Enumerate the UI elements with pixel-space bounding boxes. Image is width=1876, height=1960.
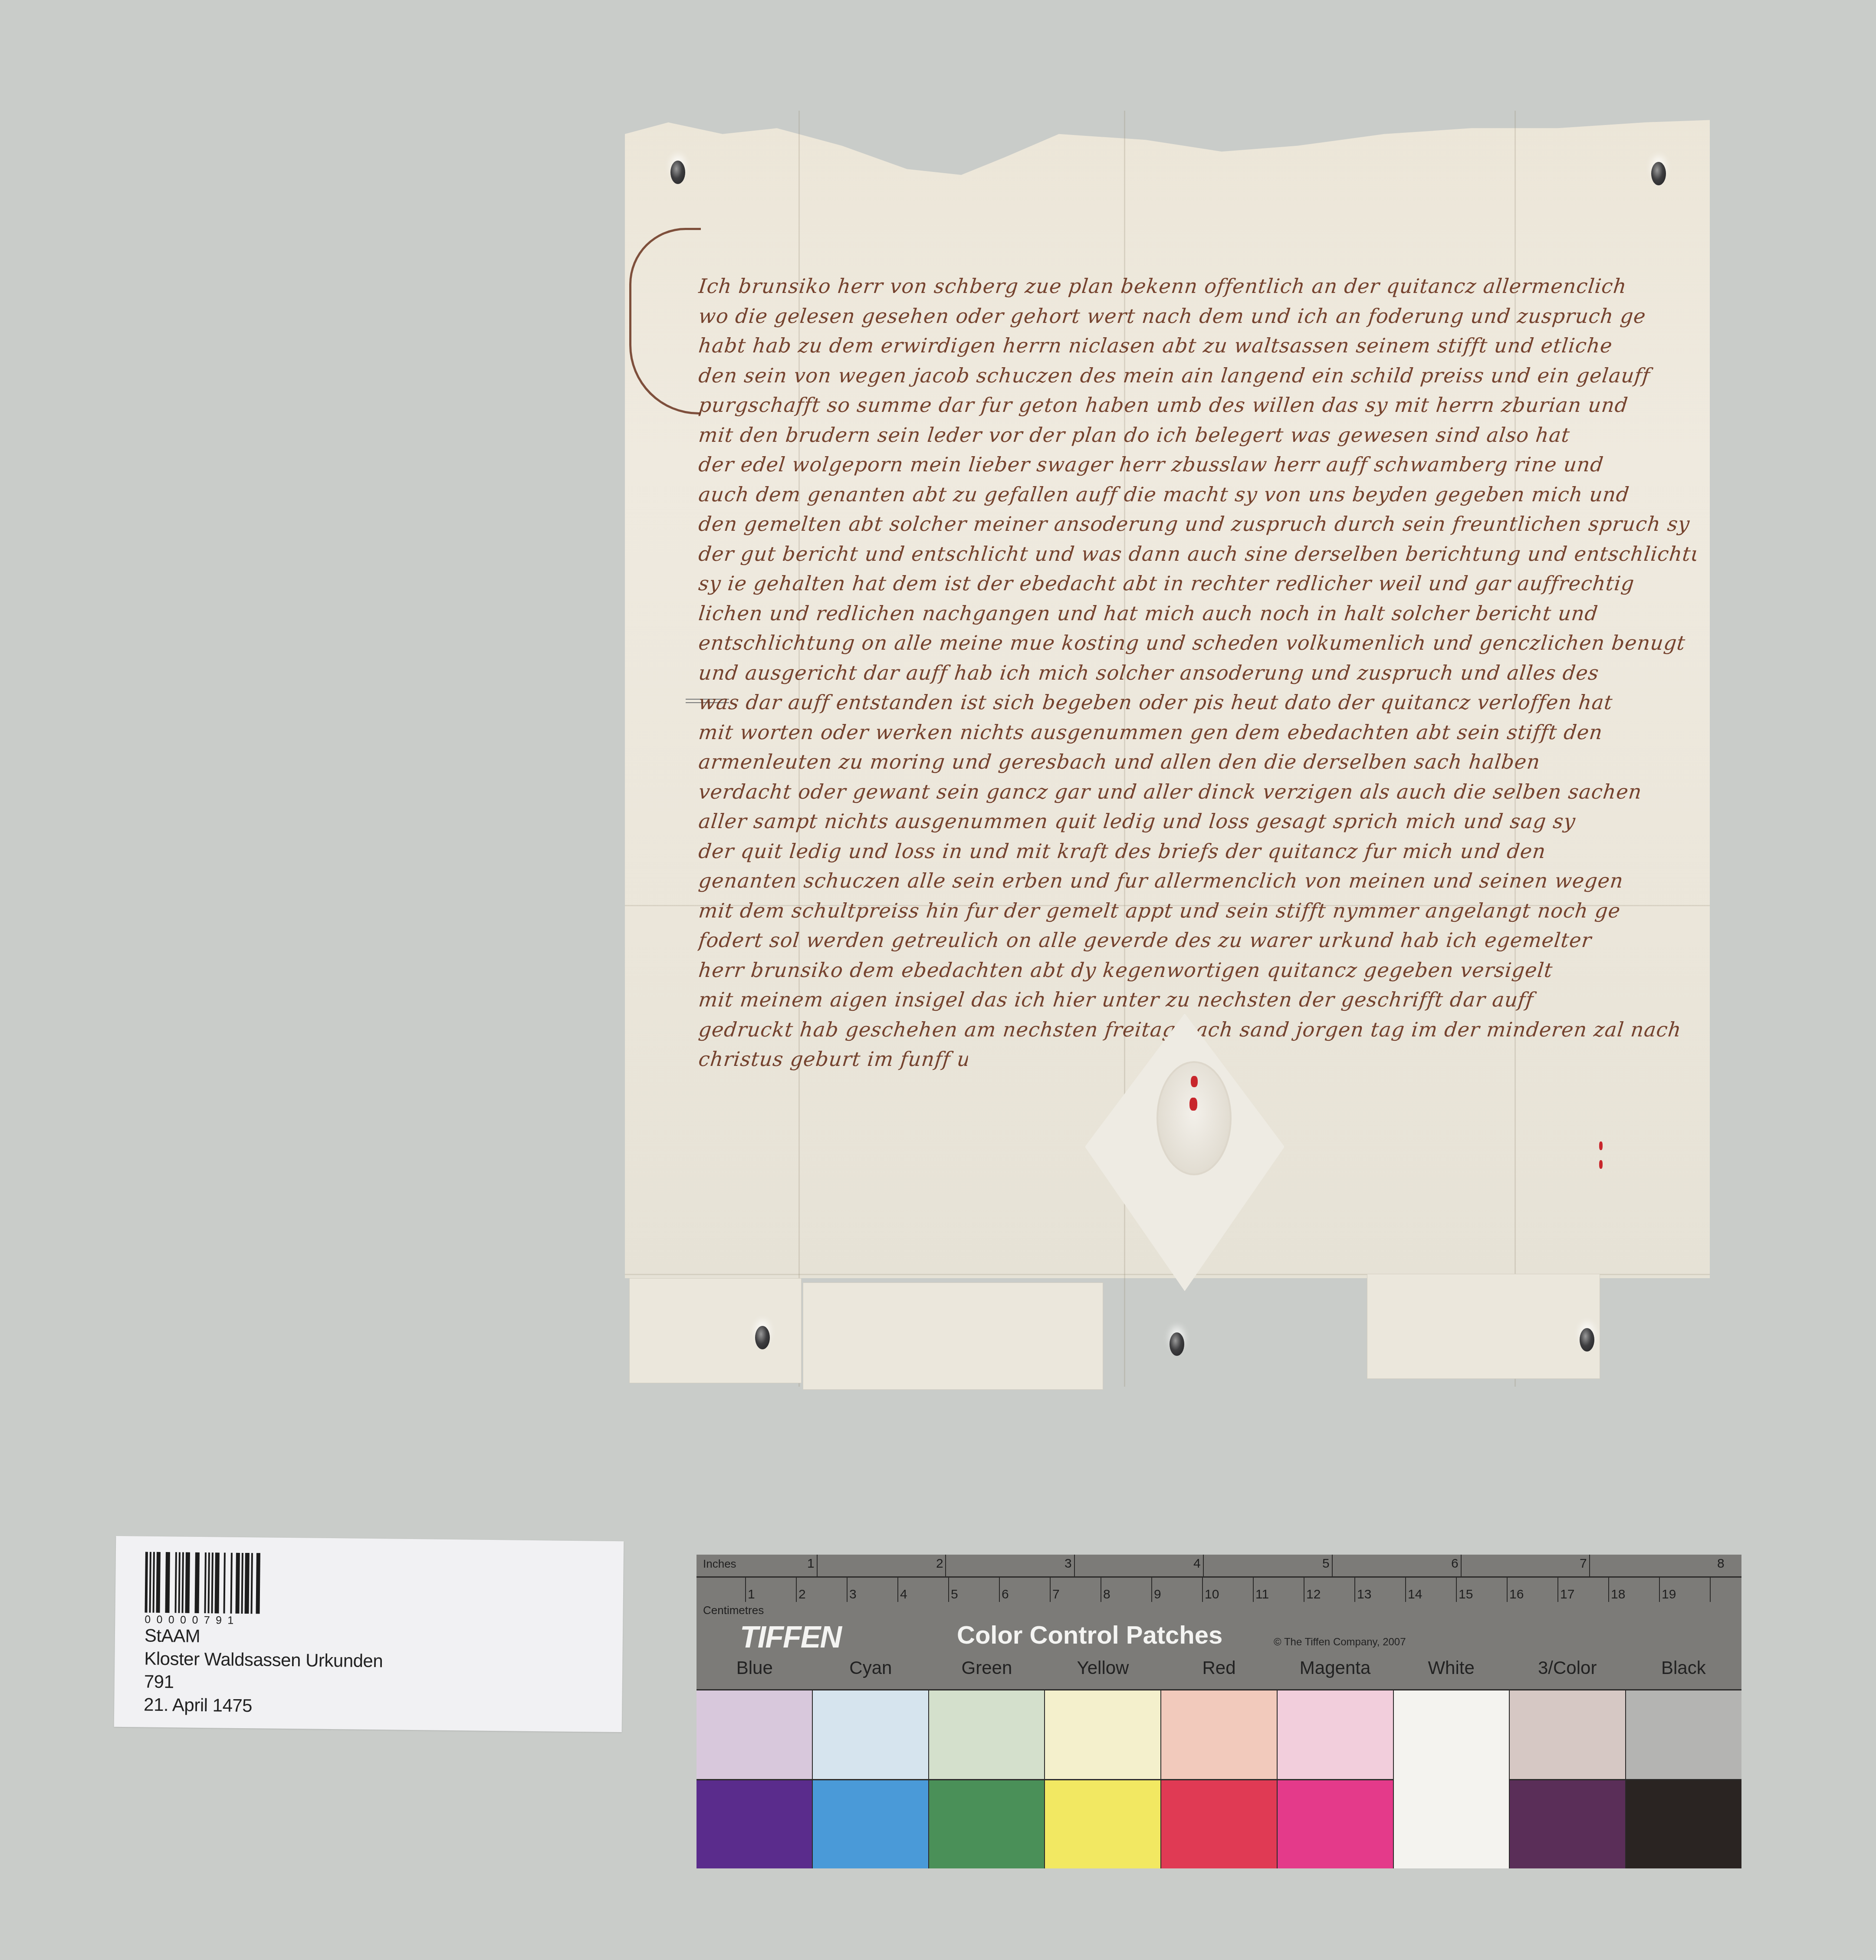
patch-label: Magenta — [1277, 1657, 1393, 1679]
text-line: mit den brudern sein leder vor der plan … — [697, 420, 1698, 450]
cm-tick-label: 6 — [1002, 1587, 1009, 1602]
barcode-digit: 0 — [168, 1614, 174, 1626]
text-line: lichen und redlichen nachgangen und hat … — [697, 599, 1698, 628]
text-line: mit meinem aigen insigel das ich hier un… — [697, 985, 1698, 1015]
wax-seal-icon — [1156, 1061, 1232, 1175]
inch-tick-label: 4 — [1193, 1556, 1201, 1571]
cm-tick-label: 8 — [1103, 1587, 1110, 1602]
inch-tick-label: 1 — [807, 1556, 815, 1571]
text-line: purgschafft so summe dar fur geton haben… — [697, 390, 1698, 420]
color-control-card: Inches 1 2 3 4 5 6 7 8 1 2 3 4 5 6 7 8 9… — [697, 1555, 1741, 1867]
inch-ruler: Inches 1 2 3 4 5 6 7 8 — [697, 1555, 1741, 1578]
cm-tick-label: 1 — [748, 1587, 755, 1602]
cm-tick-label: 11 — [1255, 1587, 1269, 1602]
patch-labels: Blue Cyan Green Yellow Red Magenta White… — [697, 1657, 1741, 1679]
bottom-flap-center — [803, 1283, 1103, 1390]
text-line: der quit ledig und loss in und mit kraft… — [697, 836, 1698, 866]
patch-label: Red — [1161, 1657, 1277, 1679]
patch-label: Green — [929, 1657, 1045, 1679]
bottom-flap-right — [1367, 1274, 1600, 1379]
document-date: 21. April 1475 — [144, 1694, 252, 1717]
text-line: auch dem genanten abt zu gefallen auff d… — [697, 480, 1698, 510]
text-line: armenleuten zu moring und geresbach und … — [697, 747, 1698, 777]
red-wax-fleck — [1191, 1076, 1198, 1087]
cm-tick-label: 19 — [1662, 1587, 1676, 1602]
patch-yellow — [1045, 1690, 1161, 1868]
bottom-flap-left — [629, 1278, 802, 1383]
cm-tick-label: 14 — [1408, 1587, 1422, 1602]
patch-white — [1394, 1690, 1510, 1868]
red-wax-fleck — [1599, 1160, 1603, 1169]
copyright-notice: © The Tiffen Company, 2007 — [1274, 1636, 1406, 1648]
text-line: Ich brunsiko herr von schberg zue plan b… — [697, 271, 1698, 301]
text-line: der gut bericht und entschlicht und was … — [697, 539, 1698, 569]
patch-label: 3/Color — [1509, 1657, 1626, 1679]
cm-tick-label: 2 — [798, 1587, 806, 1602]
cm-tick-label: 16 — [1509, 1587, 1524, 1602]
color-patches — [697, 1689, 1741, 1868]
mounting-rivet-icon — [670, 161, 685, 184]
text-line: verdacht oder gewant sein gancz gar und … — [697, 777, 1698, 807]
cm-tick-label: 9 — [1154, 1587, 1161, 1602]
tiffen-logo: TIFFEN — [740, 1620, 841, 1654]
cm-tick-label: 15 — [1459, 1587, 1473, 1602]
patch-red — [1161, 1690, 1278, 1868]
archive-label: 0 0 0 0 0 7 9 1 StAAM Kloster Waldsassen… — [114, 1536, 624, 1732]
cm-tick-label: 5 — [951, 1587, 958, 1602]
text-line: wo die gelesen gesehen oder gehort wert … — [697, 301, 1698, 331]
mounting-rivet-icon — [1651, 162, 1666, 185]
patch-label: Blue — [697, 1657, 813, 1679]
mounting-rivet-icon — [1580, 1328, 1594, 1352]
cm-tick-label: 7 — [1052, 1587, 1060, 1602]
barcode-digit: 7 — [204, 1614, 210, 1627]
barcode-digit: 0 — [192, 1614, 198, 1627]
text-line: den sein von wegen jacob schuczen des me… — [697, 361, 1698, 391]
collection-name: Kloster Waldsassen Urkunden — [144, 1648, 383, 1672]
text-line: genanten schuczen alle sein erben und fu… — [697, 866, 1698, 896]
document-number: 791 — [144, 1671, 174, 1693]
cm-tick-label: 10 — [1205, 1587, 1219, 1602]
barcode-digit: 0 — [156, 1614, 162, 1626]
mounting-rivet-icon — [1170, 1332, 1184, 1356]
mounting-rivet-icon — [755, 1326, 770, 1349]
handwritten-text: Ich brunsiko herr von schberg zue plan b… — [699, 271, 1697, 1074]
patch-label: White — [1393, 1657, 1509, 1679]
archive-name: StAAM — [145, 1625, 200, 1647]
inch-tick-label: 8 — [1717, 1556, 1725, 1571]
patch-3color — [1510, 1690, 1626, 1868]
patch-label: Yellow — [1045, 1657, 1161, 1679]
patch-black — [1626, 1690, 1741, 1868]
text-line: was dar auff entstanden ist sich begeben… — [697, 687, 1698, 717]
text-line: der edel wolgeporn mein lieber swager he… — [697, 450, 1698, 480]
barcode-icon — [145, 1552, 260, 1614]
text-line: fodert sol werden getreulich on alle gev… — [697, 925, 1698, 955]
cm-tick-label: 3 — [849, 1587, 857, 1602]
red-wax-fleck — [1599, 1141, 1603, 1150]
cm-tick-label: 17 — [1560, 1587, 1574, 1602]
cm-tick-label: 12 — [1306, 1587, 1321, 1602]
charter-document: Ich brunsiko herr von schberg zue plan b… — [625, 111, 1710, 1387]
patch-label: Cyan — [813, 1657, 929, 1679]
barcode-digit: 0 — [180, 1614, 186, 1626]
text-line: habt hab zu dem erwirdigen herrn niclase… — [697, 331, 1698, 361]
centimetre-ruler: 1 2 3 4 5 6 7 8 9 10 11 12 13 14 15 16 1… — [697, 1578, 1741, 1608]
patch-cyan — [813, 1690, 929, 1868]
card-title: Color Control Patches — [957, 1621, 1222, 1650]
inch-tick-label: 5 — [1322, 1556, 1330, 1571]
cm-tick-label: 18 — [1611, 1587, 1625, 1602]
text-line: und ausgericht dar auff hab ich mich sol… — [697, 658, 1698, 688]
inches-label: Inches — [703, 1557, 736, 1571]
inch-tick-label: 3 — [1064, 1556, 1072, 1571]
centimetres-label: Centimetres — [703, 1604, 764, 1617]
red-wax-fleck — [1189, 1098, 1197, 1111]
text-line: aller sampt nichts ausgenummen quit ledi… — [697, 806, 1698, 836]
patch-green — [929, 1690, 1045, 1868]
text-line: mit worten oder werken nichts ausgenumme… — [697, 717, 1698, 747]
barcode-digit: 1 — [227, 1615, 233, 1627]
text-line: entschlichtung on alle meine mue kosting… — [697, 628, 1698, 658]
cm-tick-label: 4 — [900, 1587, 907, 1602]
inch-tick-label: 2 — [936, 1556, 943, 1571]
text-line: herr brunsiko dem ebedachten abt dy kege… — [697, 955, 1698, 985]
text-line: christus geburt im funff und sibenczigis… — [697, 1044, 969, 1074]
patch-blue — [697, 1690, 813, 1868]
patch-magenta — [1278, 1690, 1394, 1868]
text-line: sy ie gehalten hat dem ist der ebedacht … — [697, 569, 1698, 599]
inch-tick-label: 6 — [1451, 1556, 1459, 1571]
text-line: mit dem schultpreiss hin fur der gemelt … — [697, 896, 1698, 926]
inch-tick-label: 7 — [1580, 1556, 1587, 1571]
text-line: den gemelten abt solcher meiner ansoderu… — [697, 509, 1698, 539]
barcode-digit: 0 — [145, 1614, 151, 1626]
cm-tick-label: 13 — [1357, 1587, 1371, 1602]
patch-label: Black — [1626, 1657, 1742, 1679]
barcode-digit: 9 — [216, 1614, 222, 1627]
